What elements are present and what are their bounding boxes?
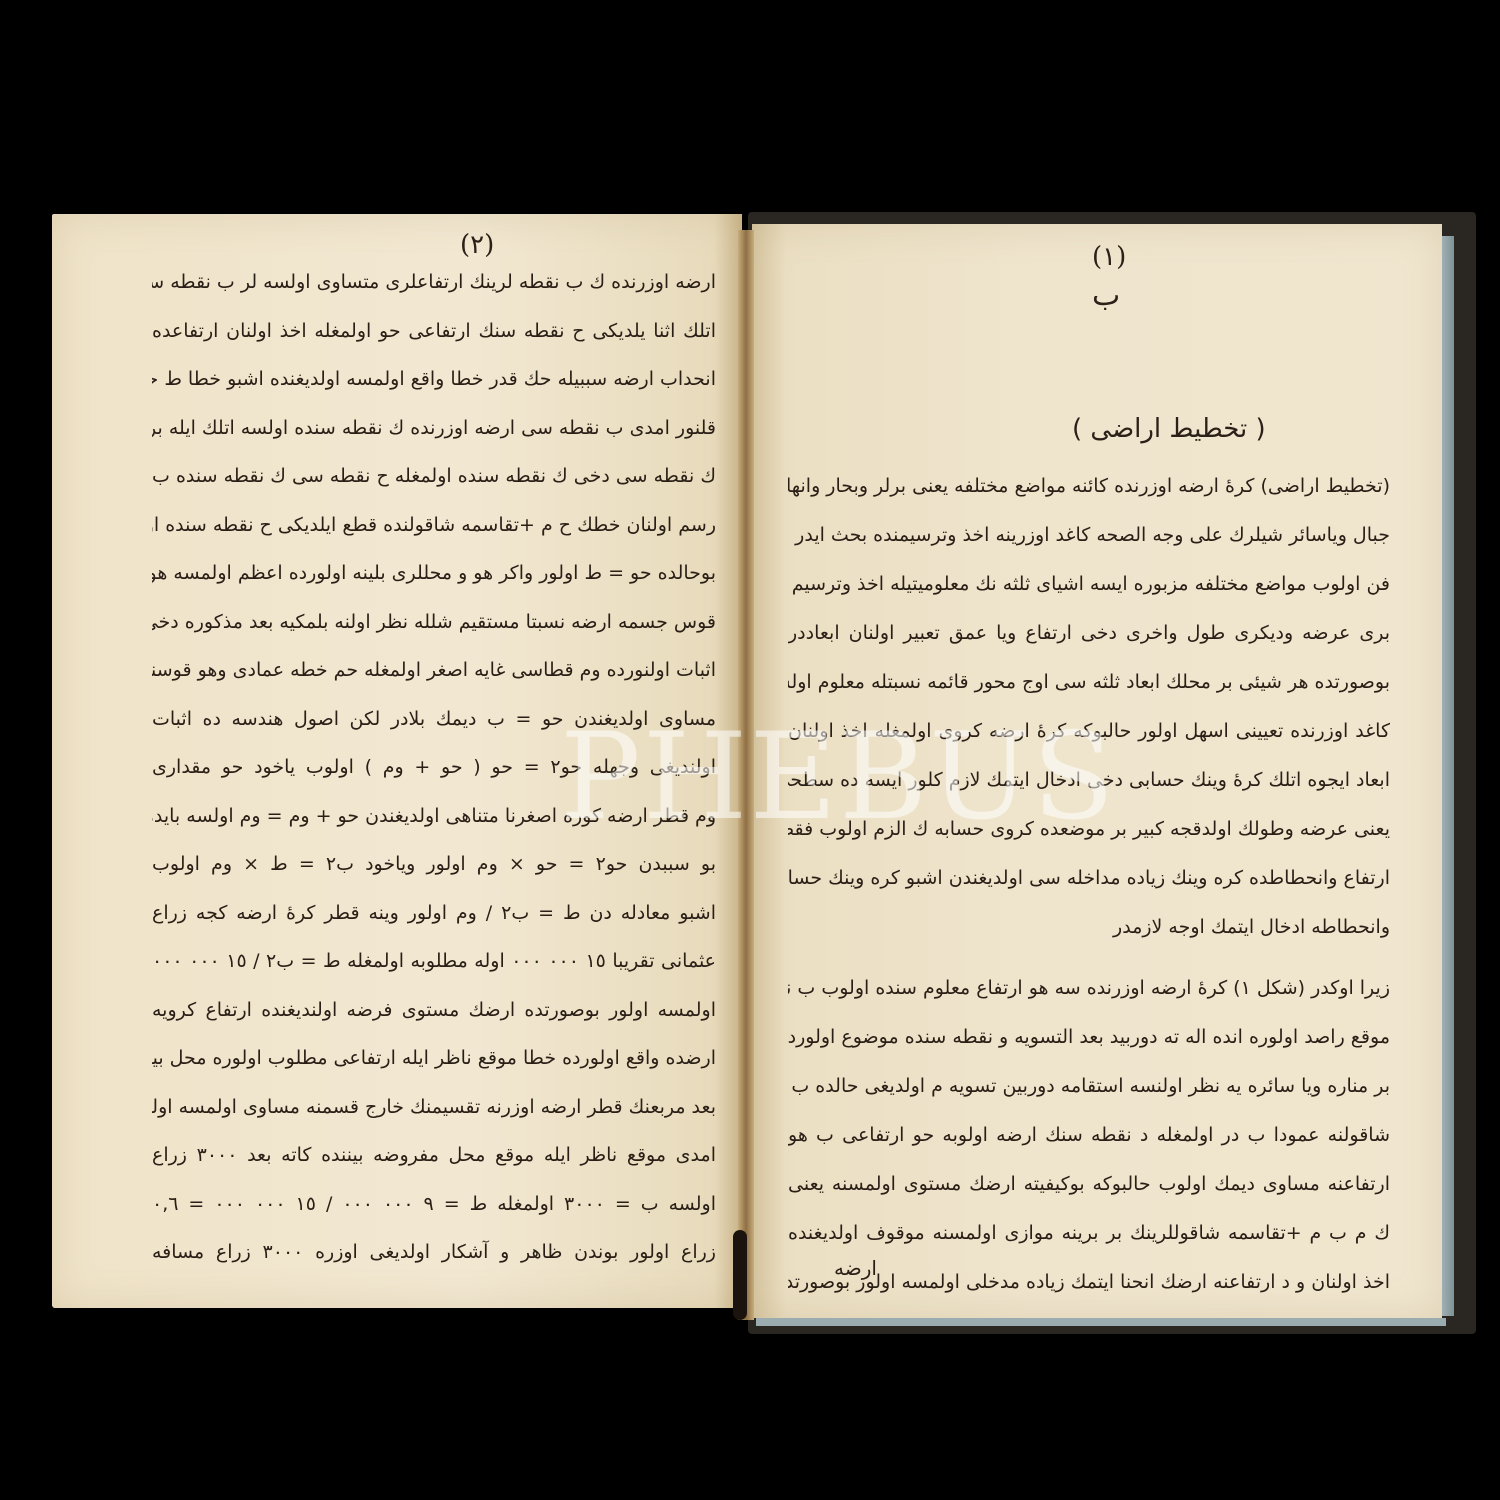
manuscript-line: ارضده واقع اولورده خطا موقع ناظر ایله ار… [152, 1034, 716, 1083]
manuscript-line: قلنور امدی ب نقطه سی ارضه اوزرنده ك نقطه… [152, 404, 716, 453]
cover-edge-bottom [756, 1318, 1446, 1326]
manuscript-line: ارضه اوزرنده ك ب نقطه لرینك ارتفاعلری مت… [152, 258, 716, 307]
manuscript-line: ارتفاعنه مساوی دیمك اولوب حالبوكه بوكیفی… [788, 1160, 1390, 1209]
manuscript-line: كاغد اوزرنده تعیینی اسهل اولور حالبوكه ك… [788, 707, 1390, 756]
manuscript-line: زیرا اوكدر (شكل ١) كرهٔ ارضه اوزرنده سه … [788, 964, 1390, 1013]
cover-edge-right [1442, 236, 1454, 1316]
manuscript-line: وانحطاطه ادخال ایتمك اوجه لازمدر [788, 903, 1390, 952]
manuscript-line: ارتفاع وانحطاطده كره وینك زیاده مداخله س… [788, 854, 1390, 903]
manuscript-line: مساوی اولدیغندن حو = ب دیمك بلادر لكن اص… [152, 695, 716, 744]
manuscript-line: وم قطر ارضه كوره اصغرنا متناهی اولدیغندن… [152, 792, 716, 841]
manuscript-line: انحداب ارضه سببیله حك قدر خطا واقع اولمس… [152, 355, 716, 404]
manuscript-line: اخذ اولنان و د ارتفاعنه ارضك انحنا ایتمك… [788, 1258, 1390, 1307]
page-number: (٢) [460, 230, 494, 260]
page-number: (١) [1092, 242, 1126, 272]
manuscript-line: ابعاد ایجوه اتلك كرهٔ وینك حسابی دخی ادخ… [788, 756, 1390, 805]
manuscript-line: فن اولوب مواضع مختلفه مزبوره ایسه اشیای … [788, 560, 1390, 609]
right-page: (١) ب ( تخطیط اراضی ) (تخطیط اراضی) كرهٔ… [752, 224, 1442, 1318]
manuscript-line: اولمسه اولور بوصورتده ارضك مستوی فرضه او… [152, 986, 716, 1035]
manuscript-text-block: ارضه اوزرنده ك ب نقطه لرینك ارتفاعلری مت… [152, 258, 716, 1277]
signature-mark: ب [1092, 278, 1120, 313]
manuscript-line: بر مناره ویا سائره یه نظر اولنسه استقامه… [788, 1062, 1390, 1111]
manuscript-line: ك نقطه سی دخی ك نقطه سنده اولمغله ح نقطه… [152, 452, 716, 501]
manuscript-line: موقع راصد اولوره انده اله ته دوربید بعد … [788, 1013, 1390, 1062]
manuscript-line: زراع اولور بوندن ظاهر و آشكار اولدیغی او… [152, 1228, 716, 1277]
manuscript-line: اتلك اثنا یلدیكی ح نقطه سنك ارتفاعی حو ا… [152, 307, 716, 356]
burn-mark [733, 1230, 747, 1320]
manuscript-line: اولندیغی وجهله حو٢ = حو ( حو + وم ) اولو… [152, 743, 716, 792]
manuscript-line: عثمانی تقریبا ١٥ ٠٠٠ ٠٠٠ اوله مطلوبه اول… [152, 937, 716, 986]
manuscript-line: اشبو معادله دن ط = ب٢ / وم اولور وینه قط… [152, 889, 716, 938]
manuscript-line: قوس جسمه ارضه نسبتا مستقیم شلله نظر اولن… [152, 598, 716, 647]
catchword: ارضه [834, 1256, 877, 1280]
manuscript-line: بعد مربعنك قطر ارضه اوزرنه تقسیمنك خارج … [152, 1083, 716, 1132]
manuscript-line: (تخطیط اراضی) كرهٔ ارضه اوزرنده كائنه مو… [788, 462, 1390, 511]
manuscript-line: ك م ب م +تقاسمه شاقوللرینك بر برینه مواز… [788, 1209, 1390, 1258]
manuscript-line: جبال ویاسائر شیلرك علی وجه الصحه كاغد او… [788, 511, 1390, 560]
manuscript-line: بو سببدن حو٢ = حو × وم اولور ویاخود ب٢ =… [152, 840, 716, 889]
book-gutter [738, 230, 754, 1320]
manuscript-line: اثبات اولنورده وم قطاسی غایه اصغر اولمغل… [152, 646, 716, 695]
manuscript-line: امدی موقع ناظر ایله موقع محل مفروضه بینن… [152, 1131, 716, 1180]
manuscript-line: رسم اولنان خطك ح م +تقاسمه شاقولنده قطع … [152, 501, 716, 550]
manuscript-text-block: (تخطیط اراضی) كرهٔ ارضه اوزرنده كائنه مو… [788, 462, 1390, 1307]
open-book: (٢) ارضه اوزرنده ك ب نقطه لرینك ارتفاعلر… [0, 0, 1500, 1500]
manuscript-line: اولسه ب = ٣٠٠٠ اولمغله ط = ٩ ٠٠٠ ٠٠٠ / ١… [152, 1180, 716, 1229]
manuscript-line: شاقولنه عمودا ب در اولمغله د نقطه سنك ار… [788, 1111, 1390, 1160]
left-page: (٢) ارضه اوزرنده ك ب نقطه لرینك ارتفاعلر… [52, 214, 742, 1308]
manuscript-line: بری عرضه ودیكری طول واخری دخی ارتفاع ویا… [788, 609, 1390, 658]
manuscript-line: بوحالده حو = ط اولور واكر هو و محللری بل… [152, 549, 716, 598]
section-title: ( تخطیط اراضی ) [1072, 414, 1266, 444]
manuscript-line: یعنی عرضه وطولك اولدقجه كبیر بر موضعده ك… [788, 805, 1390, 854]
manuscript-line: بوصورتده هر شیئی بر محلك ابعاد ثلثه سی ا… [788, 658, 1390, 707]
